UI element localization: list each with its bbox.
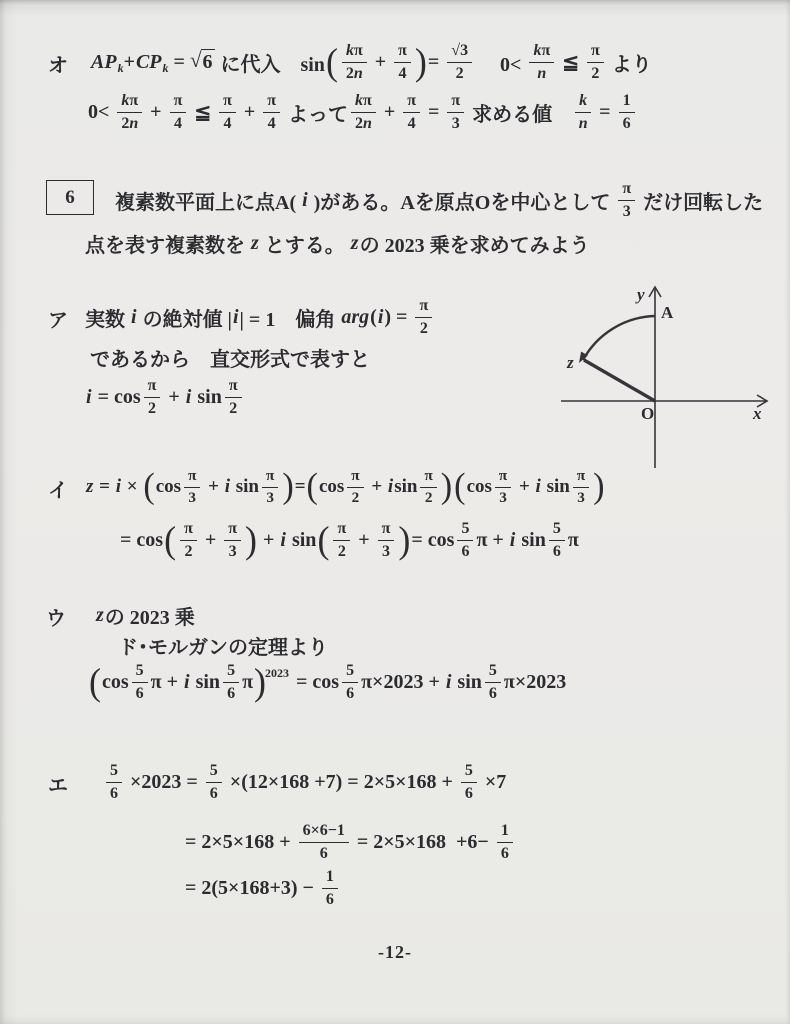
- formula-line: i = cosπ2 + i sinπ2: [85, 369, 245, 425]
- fraction: 56: [457, 520, 473, 560]
- page-number: -12-: [0, 942, 790, 963]
- text: 点を表す複素数を: [85, 229, 250, 258]
- text: = cos: [93, 386, 141, 409]
- math-text: i: [279, 529, 287, 552]
- fraction: π3: [224, 520, 241, 560]
- text: sin: [287, 529, 316, 552]
- text: +: [514, 476, 534, 498]
- fraction: kπn: [529, 42, 554, 82]
- text: ×2023 =: [125, 771, 203, 794]
- text: )がある。Aを原点Oを中心として: [309, 186, 616, 215]
- math-text: i: [445, 671, 453, 694]
- open-paren: (: [454, 469, 465, 505]
- fraction: 56: [132, 662, 148, 702]
- text: =: [594, 101, 615, 124]
- text: 求める値: [467, 98, 572, 127]
- text: の 2023 乗を求めてみよう: [360, 229, 590, 258]
- section-label-o: オ: [48, 49, 68, 78]
- formula-line: z = i × (cosπ3 + i sinπ3)=(cosπ2 + isinπ…: [85, 459, 606, 515]
- fraction: π3: [262, 468, 278, 506]
- text: +: [203, 476, 223, 498]
- close-paren: ): [441, 469, 452, 505]
- formula-line: APk+CPk = √6 に代入 sin(kπ2n + π4)= √32 0< …: [90, 34, 652, 90]
- subscript: k: [163, 61, 169, 76]
- math-text: i: [115, 476, 122, 498]
- text: +: [163, 386, 184, 409]
- math-text: z: [350, 232, 360, 255]
- fraction: π2: [415, 297, 432, 337]
- math-text: z: [95, 604, 105, 627]
- text: ≦: [557, 50, 584, 75]
- fraction: π3: [573, 468, 589, 506]
- section-label-a: ア: [48, 304, 68, 333]
- text: よって: [283, 98, 348, 127]
- open-paren: (: [326, 43, 338, 81]
- section-label-i: イ: [48, 474, 68, 503]
- text: +: [367, 476, 387, 498]
- fraction: kn: [575, 92, 591, 132]
- fraction: π3: [495, 468, 511, 506]
- formula-line: = cos(π2 + π3) + i sin(π2 + π3)= cos56π …: [120, 512, 579, 568]
- scanned-math-worksheet-page: オ APk+CPk = √6 に代入 sin(kπ2n + π4)= √32 0…: [0, 0, 790, 1024]
- section-label-u: ウ: [46, 602, 66, 631]
- text: +: [200, 529, 221, 552]
- fraction: π3: [447, 92, 464, 132]
- open-paren: (: [317, 521, 329, 559]
- text: に代入 sin: [215, 48, 324, 77]
- origin-label: O: [641, 404, 654, 423]
- math-text: i: [224, 476, 231, 498]
- text: ×(12×168 +7) = 2×5×168 +: [225, 771, 458, 794]
- segment-origin-to-z: [584, 360, 655, 401]
- text: π: [568, 529, 579, 552]
- text: sin: [452, 671, 481, 694]
- fraction: π3: [618, 180, 635, 220]
- point-a-label: A: [661, 303, 674, 322]
- fraction: π2: [420, 468, 436, 506]
- text: +: [239, 101, 260, 124]
- superscript: 2023: [265, 666, 289, 681]
- text: cos: [156, 476, 181, 498]
- text: π +: [151, 671, 183, 694]
- fraction: 6×6−16: [299, 822, 349, 862]
- text: +: [145, 101, 166, 124]
- text: cos: [467, 476, 492, 498]
- math-text: i: [509, 529, 517, 552]
- math-text: +CP: [124, 51, 163, 74]
- section-label-e: エ: [48, 769, 68, 798]
- text: (: [370, 306, 377, 329]
- x-axis-label: x: [752, 404, 762, 423]
- text: π×2023 +: [361, 671, 445, 694]
- text: +: [379, 101, 400, 124]
- text: ×: [122, 476, 142, 498]
- open-paren: (: [164, 521, 176, 559]
- text: 複素数平面上に点A(: [115, 186, 301, 215]
- text: sin: [542, 476, 570, 498]
- open-paren: (: [143, 469, 154, 505]
- point-z-label: z: [566, 353, 574, 372]
- fraction: 56: [461, 762, 477, 802]
- text: =: [94, 476, 114, 498]
- math-text: AP: [90, 51, 118, 74]
- text: sin: [191, 671, 220, 694]
- math-text: i: [185, 386, 193, 409]
- text: cos: [319, 476, 344, 498]
- fraction: π2: [587, 42, 604, 82]
- fraction: kπ2n: [117, 92, 142, 132]
- text: π×2023: [504, 671, 566, 694]
- math-text: arg: [340, 306, 370, 329]
- text: 0<: [475, 48, 526, 77]
- text: ×7: [480, 771, 506, 794]
- math-text: i: [85, 386, 93, 409]
- math-text: z: [250, 232, 260, 255]
- math-text: i: [301, 189, 309, 212]
- text: = cos: [291, 671, 339, 694]
- text: 実数: [85, 303, 130, 332]
- rotation-arc: [583, 316, 655, 360]
- fraction: π4: [170, 92, 187, 132]
- text: = 2(5×168+3) −: [185, 877, 319, 900]
- close-paren: ): [245, 521, 257, 559]
- fraction: π2: [180, 520, 197, 560]
- text: =: [428, 51, 444, 74]
- close-paren: ): [282, 469, 293, 505]
- text: だけ回転した: [638, 186, 763, 215]
- fraction: 56: [206, 762, 222, 802]
- math-text: 0<: [88, 101, 114, 124]
- problem-number-box: 6: [46, 180, 94, 215]
- text: ≦: [189, 100, 216, 125]
- text: = cos: [411, 529, 454, 552]
- problem-statement-line: 点を表す複素数を z とする。 zの 2023 乗を求めてみよう: [85, 215, 590, 271]
- math-text: i: [232, 306, 240, 329]
- fraction: √32: [447, 42, 472, 82]
- text: =: [169, 51, 190, 74]
- text: sin: [192, 386, 221, 409]
- fraction: 56: [223, 662, 239, 702]
- formula-line: 0< kπ2n + π4 ≦ π4 + π4 よってkπ2n + π4 = π3…: [88, 84, 638, 140]
- fraction: 56: [106, 762, 122, 802]
- fraction: π4: [403, 92, 420, 132]
- fraction: π2: [144, 377, 161, 417]
- y-axis-label: y: [635, 285, 645, 304]
- fraction: kπ2n: [342, 42, 367, 82]
- close-paren: ): [398, 521, 410, 559]
- fraction: π4: [219, 92, 236, 132]
- formula-line: = 2(5×168+3) − 16: [185, 860, 341, 916]
- text: ) =: [384, 306, 412, 329]
- fraction: π4: [394, 42, 411, 82]
- text: より: [607, 48, 652, 77]
- open-paren: (: [307, 469, 318, 505]
- math-text: i: [387, 476, 394, 498]
- text: +: [258, 529, 279, 552]
- text: sin: [231, 476, 259, 498]
- fraction: 56: [485, 662, 501, 702]
- text: +: [370, 51, 391, 74]
- close-paren: ): [593, 469, 604, 505]
- subscript: k: [118, 61, 124, 76]
- square-root: √6: [190, 49, 216, 75]
- text: であるから 直交形式で表すと: [90, 343, 370, 372]
- fraction: 16: [619, 92, 635, 132]
- complex-plane-diagram: y A z O x: [545, 276, 780, 476]
- text: π +: [476, 529, 508, 552]
- fraction: 16: [322, 868, 338, 908]
- math-text: i: [377, 306, 385, 329]
- fraction: 16: [497, 822, 513, 862]
- math-text: z: [85, 476, 94, 498]
- text: =: [295, 476, 306, 498]
- fraction: π2: [347, 468, 363, 506]
- text: の絶対値 |: [138, 303, 232, 332]
- fraction: kπ2n: [351, 92, 376, 132]
- math-text: i: [130, 306, 138, 329]
- text: sin: [394, 476, 417, 498]
- text: | = 1 偏角: [240, 303, 341, 332]
- text: π: [242, 671, 253, 694]
- text: =: [423, 101, 444, 124]
- text: sin: [516, 529, 545, 552]
- open-paren: (: [89, 663, 101, 701]
- text: = cos: [120, 529, 163, 552]
- formula-line: (cos56π + i sin56π)2023 = cos56π×2023 + …: [88, 654, 566, 710]
- fraction: π3: [378, 520, 395, 560]
- text: = 2×5×168 +: [185, 831, 296, 854]
- close-paren: ): [415, 43, 427, 81]
- math-text: i: [535, 476, 542, 498]
- fraction: π4: [263, 92, 280, 132]
- text: とする。: [260, 229, 350, 258]
- math-text: i: [183, 671, 191, 694]
- fraction: 56: [549, 520, 565, 560]
- formula-line: 56 ×2023 = 56 ×(12×168 +7) = 2×5×168 + 5…: [103, 754, 506, 810]
- fraction: π2: [225, 377, 242, 417]
- fraction: 56: [342, 662, 358, 702]
- fraction: π3: [184, 468, 200, 506]
- text: +: [353, 529, 374, 552]
- text: = 2×5×168 +6−: [352, 831, 494, 854]
- fraction: π2: [333, 520, 350, 560]
- text: cos: [102, 671, 129, 694]
